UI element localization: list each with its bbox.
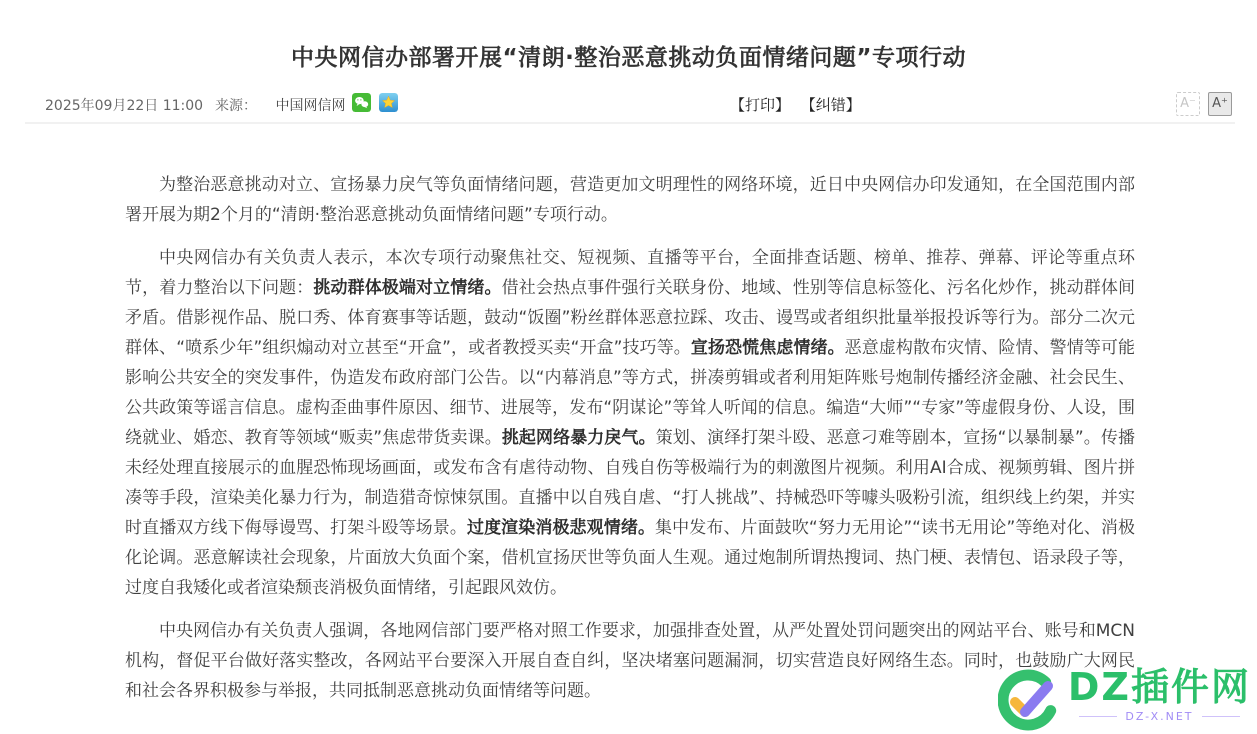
watermark-domain-text: DZ-X.NET [1125, 710, 1193, 723]
font-size-controls: A⁻ A⁺ [1176, 92, 1232, 116]
watermark-name: DZ插件网 [1068, 667, 1251, 707]
article-paragraph: 为整治恶意挑动对立、宣扬暴力戾气等负面情绪问题，营造更加文明理性的网络环境，近日… [125, 170, 1135, 230]
wechat-share-icon[interactable] [352, 93, 371, 112]
page-title: 中央网信办部署开展“清朗·整治恶意挑动负面情绪问题”专项行动 [0, 39, 1257, 72]
watermark-domain-line-left [1079, 716, 1117, 717]
print-button[interactable]: 【打印】 [730, 96, 790, 114]
source-value: 中国网信网 [275, 98, 345, 114]
font-decrease-button[interactable]: A⁻ [1176, 92, 1200, 116]
correct-error-button[interactable]: 【纠错】 [801, 96, 861, 114]
share-icons [352, 93, 398, 112]
article-paragraph: 中央网信办有关负责人强调，各地网信部门要严格对照工作要求，加强排查处置，从严处置… [125, 616, 1135, 706]
article-meta-row: 2025年09月22日 11:00 来源： 中国网信网 【打印】 [0, 92, 1257, 116]
source-label: 来源： [215, 98, 257, 114]
publish-date: 2025年09月22日 11:00 [45, 95, 203, 115]
watermark-text-block: DZ插件网 DZ-X.NET [1068, 667, 1251, 723]
watermark-domain-line-right [1202, 716, 1240, 717]
source: 来源： 中国网信网 [215, 95, 345, 115]
article-paragraph: 中央网信办有关负责人表示，本次专项行动聚焦社交、短视频、直播等平台，全面排查话题… [125, 243, 1135, 603]
article-actions: 【打印】 【纠错】 [730, 94, 867, 115]
font-increase-button[interactable]: A⁺ [1208, 92, 1232, 116]
watermark-domain: DZ-X.NET [1079, 710, 1239, 723]
article-body: 为整治恶意挑动对立、宣扬暴力戾气等负面情绪问题，营造更加文明理性的网络环境，近日… [125, 170, 1135, 719]
watermark-check-icon [998, 658, 1064, 732]
qzone-share-icon[interactable] [379, 93, 398, 112]
watermark-logo: DZ插件网 DZ-X.NET [998, 658, 1251, 732]
header-divider [25, 122, 1235, 124]
